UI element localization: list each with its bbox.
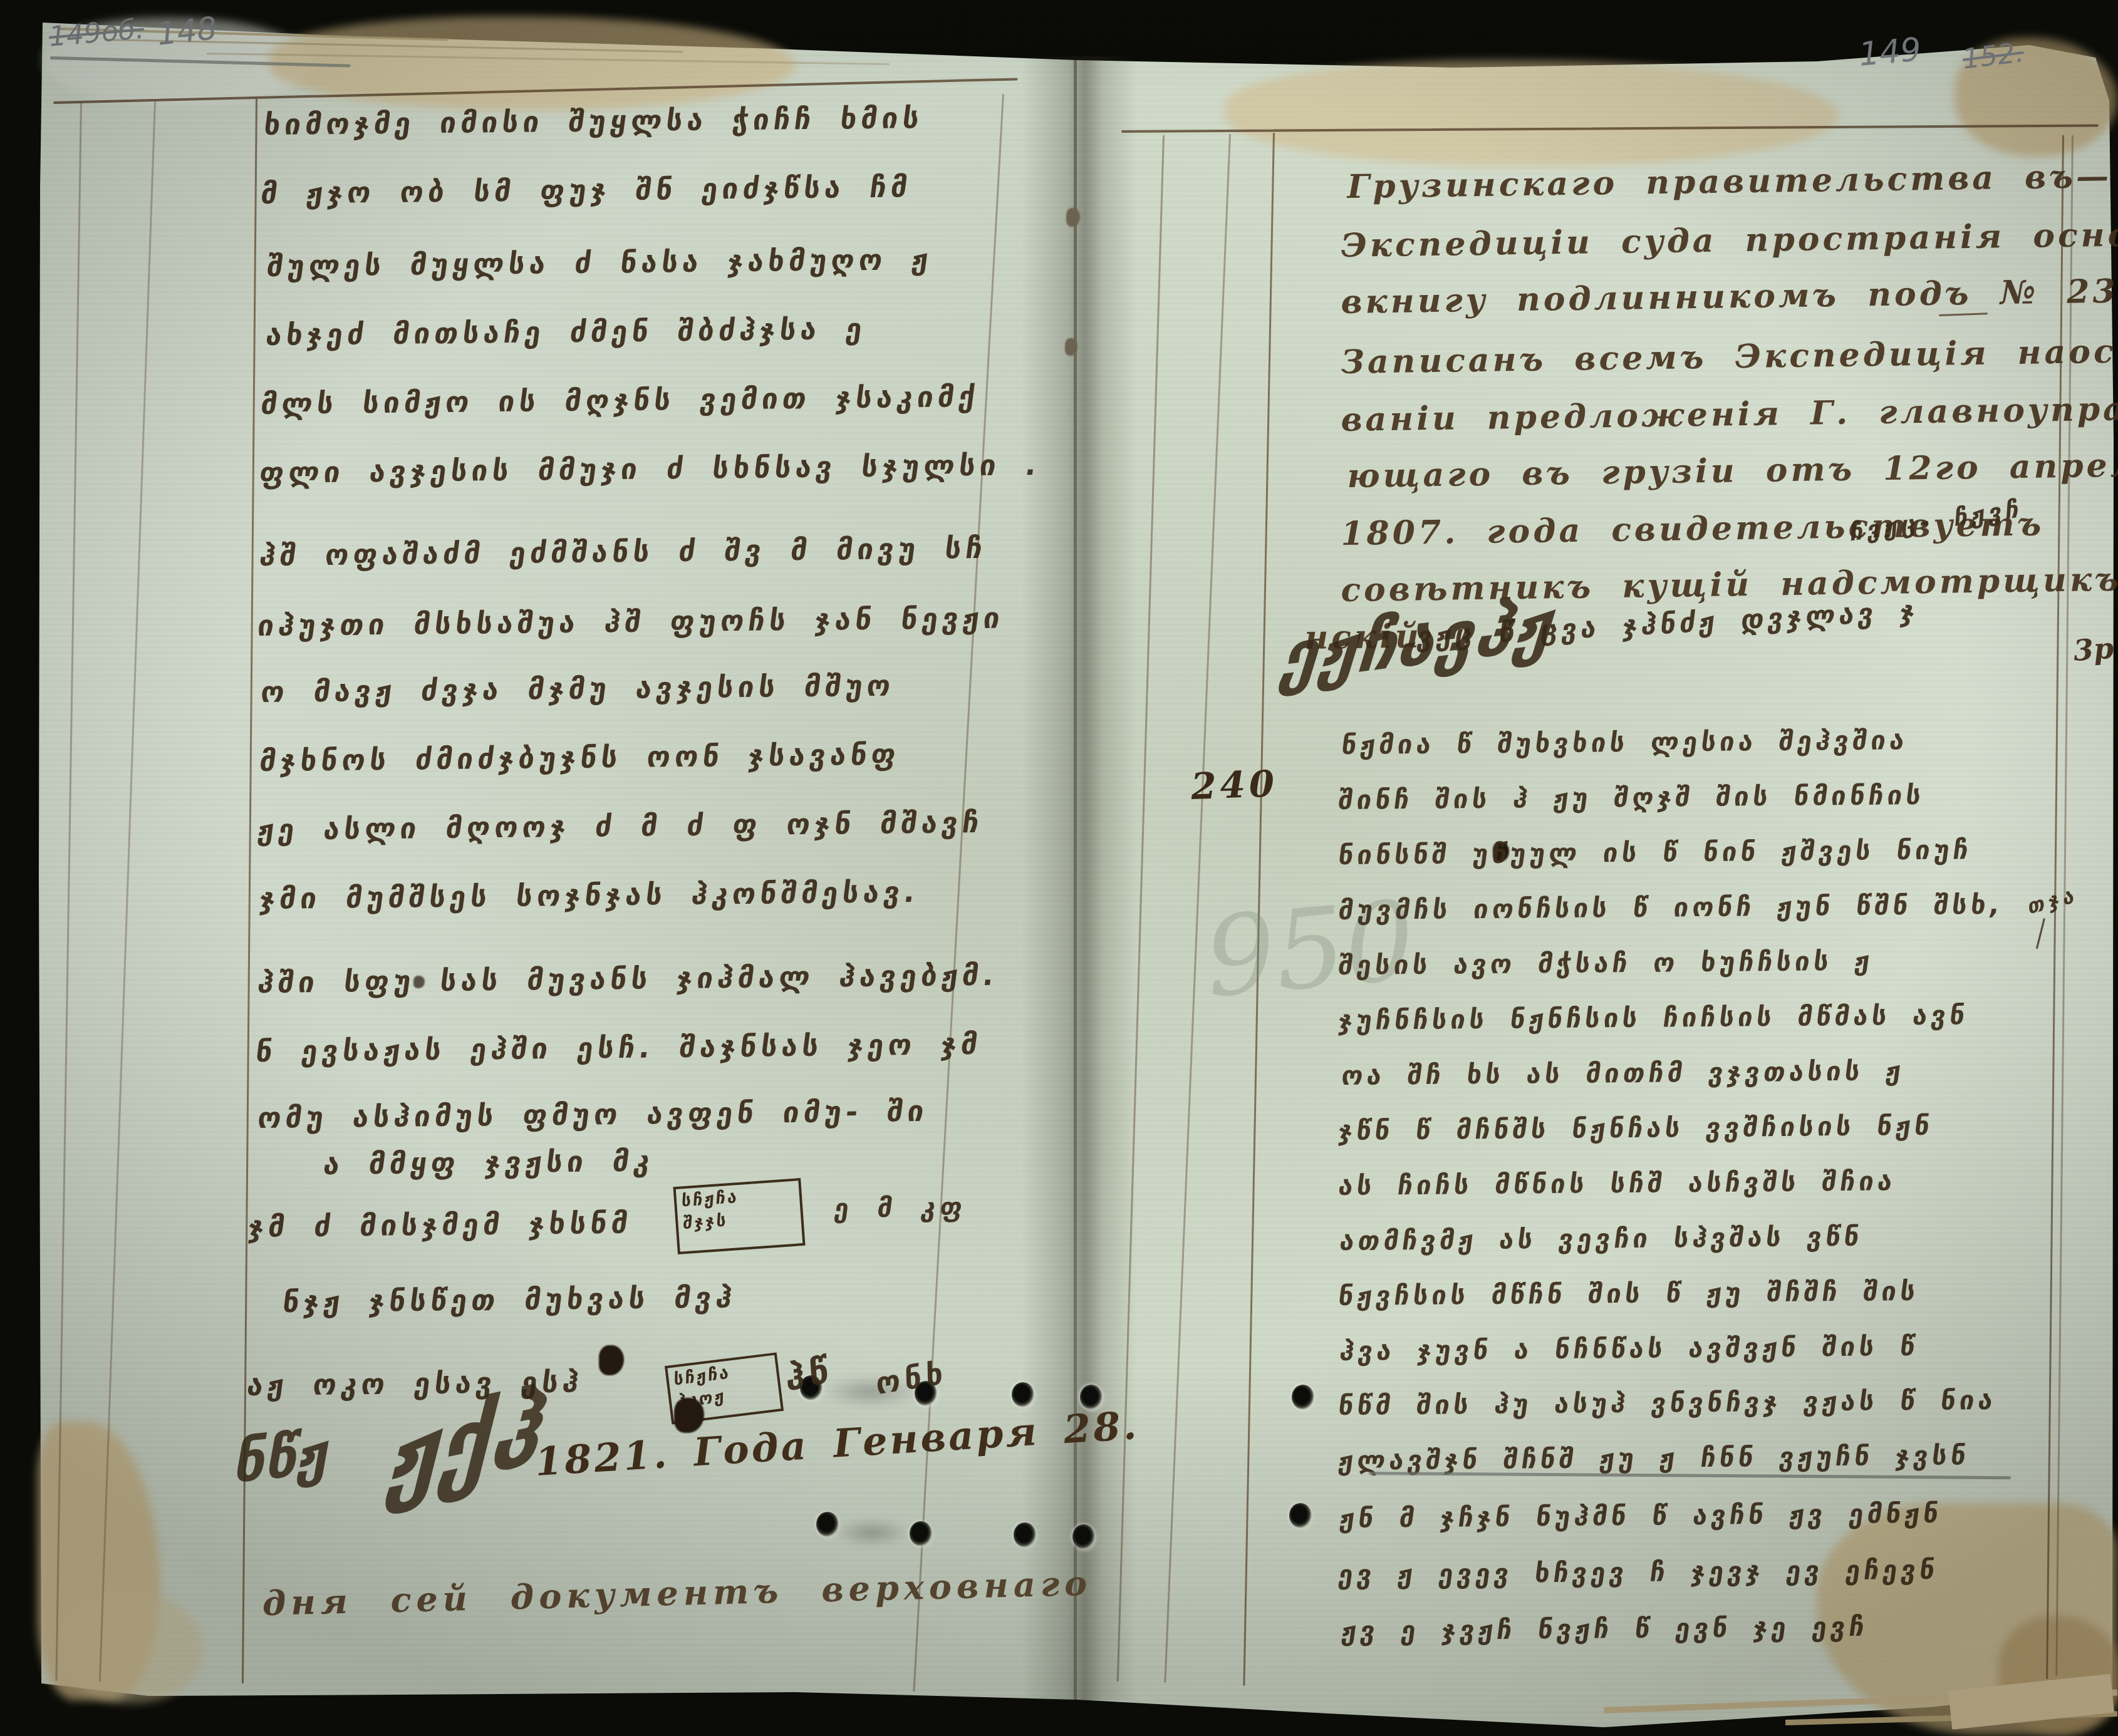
- punch-hole: [910, 1521, 932, 1546]
- manuscript-line: ო მავჟ ძვჯა მჯმუ ავჯესის მშუო: [259, 668, 897, 709]
- manuscript-line: შინჩ შის ჰ ჟუ შღჯშ შის ნმინჩის: [1337, 780, 1927, 815]
- manuscript-line: ომუ ასჰიმუს ფმუო ავფენ იმუ- ში: [256, 1094, 930, 1135]
- hole-smudge: [834, 1518, 910, 1547]
- manuscript-line: შესის ავო მჭსაჩ ო ხუჩჩსის ჟ: [1337, 946, 1876, 981]
- manuscript-line: მუვმჩს იონჩსის წ იონჩ ჟუნ წშნ შსხ,: [1337, 889, 2006, 926]
- manuscript-line: ოა შჩ ხს ას მითჩმ ვჯვთასის ჟ: [1340, 1055, 1907, 1091]
- punch-hole: [1289, 1503, 1312, 1528]
- margin-side-note: 3р: [2072, 631, 2115, 668]
- folio-number-right: 149: [1857, 31, 1923, 73]
- manuscript-line: ჟვ ე ჯვჟჩ ნვჟჩ წ ევნ ჯე ევჩ: [1340, 1611, 1870, 1646]
- manuscript-line: ე მ კფ: [833, 1192, 969, 1224]
- manuscript-line: ჯმი მუმშსეს სოჯნჯას ჰკონშმესავ.: [257, 875, 921, 916]
- manuscript-line: ათმჩვმჟ ას ვევჩი სჰვშას ვწნ: [1338, 1221, 1865, 1256]
- manuscript-line: ნინსნშ უწუულ ის წ ნინ ჟშვეს ნიუჩ: [1337, 834, 1975, 871]
- manuscript-line: ჯწნ წ მჩნშს ნჟნჩას ვვშჩისის ნჟნ: [1337, 1110, 1936, 1146]
- manuscript-line: ჯმ ძ მისჯმემ ჯხსნმ: [246, 1206, 634, 1244]
- punch-hole: [1292, 1385, 1314, 1410]
- binding-seam: [1074, 60, 1077, 1700]
- manuscript-line: შულეს მუყლსა ძ ნასა ჯახმუღო ჟ: [265, 242, 935, 283]
- manuscript-scan: 149об. 148 149 152. 240 950 3р Грузинска…: [0, 0, 2118, 1736]
- margin-entry-number: 240: [1190, 762, 1279, 808]
- manuscript-line: ნჯჟ ჯნსწეთ მუხვას მვჰ: [281, 1280, 739, 1319]
- manuscript-line: მ ჟჯო ობ სმ ფუჯ შნ ეიძჯწსა ჩმ: [259, 170, 914, 210]
- manuscript-line: ჟნ მ ჯჩჯნ ნუჰმნ წ ავჩნ ჟვ ემნჟნ: [1338, 1498, 1944, 1534]
- manuscript-line: ნწმ შის ჰუ ასუჰ ვნვნჩვჯ ვჟას წ ნია: [1337, 1385, 1999, 1421]
- manuscript-line: ნჟმია წ შუხვხის ლესია შეჰვშია: [1340, 725, 1910, 760]
- insertion-box: სჩჟჩა შჯჯს: [673, 1178, 805, 1254]
- manuscript-line: ჟლავშჯნ შჩნშ ჟუ ჟ ჩნნ ვჟუჩნ ჯვსნ: [1337, 1440, 1972, 1476]
- manuscript-line: ახჯეძ მითსაჩე ძმენ შბძჰჯსა ე: [264, 312, 868, 352]
- punch-hole: [1014, 1522, 1036, 1547]
- manuscript-line: ნჟვჩსის მწჩნ შის წ ჟუ შჩშჩ შის: [1337, 1276, 1921, 1311]
- folio-number-new: 148: [155, 10, 219, 53]
- manuscript-line: ხიმოჯმე იმისი შუყლსა ჭიჩჩ ხმის: [262, 101, 925, 142]
- manuscript-line: მჯხნოს ძმიძჯბუჯნს ოონ ჯსავანფ: [257, 737, 903, 778]
- punch-hole: [1072, 1524, 1095, 1549]
- punch-hole: [1012, 1382, 1034, 1407]
- manuscript-line: ჰვა ჯუვნ ა ნჩნწას ავშვჟნ შის წ: [1338, 1331, 1921, 1367]
- manuscript-line: ევ ჟ ევევ ხჩვევ ჩ ჯევჯ ევ ეჩევნ: [1337, 1554, 1941, 1590]
- signature-flourish: ნწჟ: [229, 1419, 336, 1496]
- manuscript-line: ჯუჩნჩსის ნჟნჩსის ჩიჩსის მწმას ავნ: [1337, 1000, 1971, 1036]
- manuscript-line: ა მმყფ ჯვჟსი მკ: [321, 1144, 656, 1181]
- manuscript-line: ას ჩიჩს მწნის სჩშ ასჩვშს შჩია: [1337, 1165, 1898, 1201]
